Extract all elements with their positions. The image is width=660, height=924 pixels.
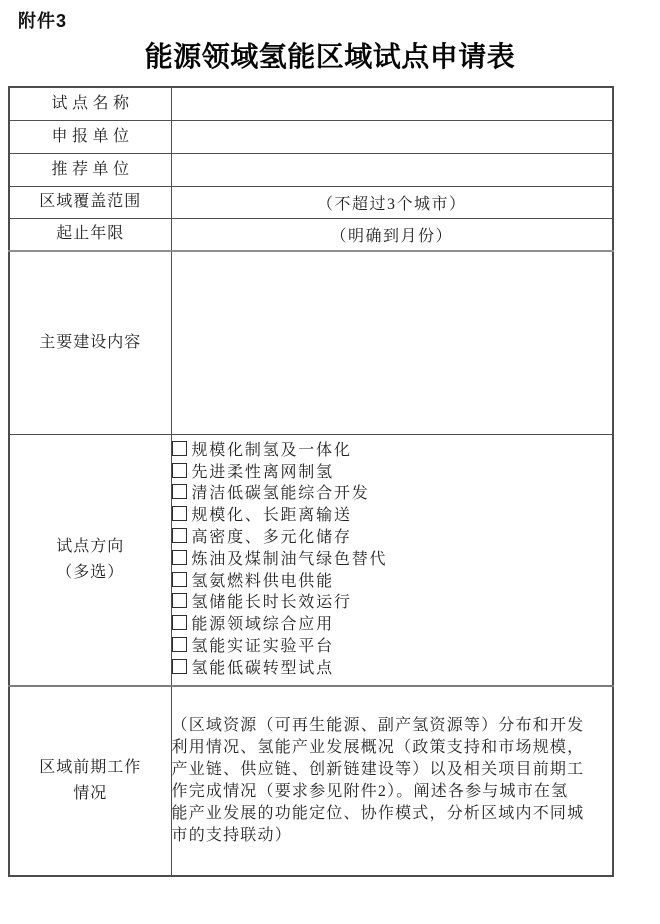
pilot-direction-option[interactable]: 高密度、多元化储存 xyxy=(172,527,613,549)
pilot-direction-option[interactable]: 能源领域综合应用 xyxy=(172,614,613,636)
table-row-time-span: 起止年限 （明确到月份） xyxy=(9,218,613,251)
option-label: 清洁低碳氢能综合开发 xyxy=(192,485,370,502)
cell-applicant-unit-value[interactable] xyxy=(171,120,613,153)
cell-coverage-area-value[interactable]: （不超过3个城市） xyxy=(171,186,613,218)
table-row-pilot-name: 试点名称 xyxy=(9,87,613,120)
pilot-direction-option[interactable]: 规模化、长距离输送 xyxy=(172,505,613,527)
label-text-line1: 试点方向 xyxy=(10,534,171,560)
cell-main-construction-value[interactable] xyxy=(171,251,613,434)
table-row-recommending-unit: 推荐单位 xyxy=(9,153,613,186)
option-label: 高密度、多元化储存 xyxy=(192,529,352,546)
instruction-text-line: 利用情况、氢能产业发展概况（政策支持和市场规模， xyxy=(172,737,613,759)
cell-pilot-directions-options: 规模化制氢及一体化 先进柔性离网制氢 清洁低碳氢能综合开发 规模化、长距离输送 … xyxy=(171,434,613,686)
pilot-direction-option[interactable]: 氢储能长时长效运行 xyxy=(172,592,613,614)
instruction-text-line: 产业链、供应链、创新链建设等）以及相关项目前期工 xyxy=(172,759,613,781)
table-row-coverage-area: 区域覆盖范围 （不超过3个城市） xyxy=(9,186,613,218)
table-row-pilot-directions: 试点方向 （多选） 规模化制氢及一体化 先进柔性离网制氢 清洁低碳氢能综合开发 … xyxy=(9,434,613,686)
option-label: 规模化制氢及一体化 xyxy=(192,442,352,459)
instruction-text-line: （区域资源（可再生能源、副产氢资源等）分布和开发 xyxy=(172,715,613,737)
label-main-construction: 主要建设内容 xyxy=(9,251,171,434)
checkbox-icon[interactable] xyxy=(172,506,187,521)
option-label: 炼油及煤制油气绿色替代 xyxy=(192,551,388,568)
table-row-main-construction: 主要建设内容 xyxy=(9,251,613,434)
page-title: 能源领域氢能区域试点申请表 xyxy=(0,40,660,76)
label-time-span: 起止年限 xyxy=(9,218,171,251)
pilot-direction-option[interactable]: 氢能实证实验平台 xyxy=(172,636,613,658)
label-pilot-name: 试点名称 xyxy=(9,87,171,120)
label-coverage-area: 区域覆盖范围 xyxy=(9,186,171,218)
cell-time-span-value[interactable]: （明确到月份） xyxy=(171,218,613,251)
option-label: 先进柔性离网制氢 xyxy=(192,464,334,481)
label-text: 起止年限 xyxy=(56,225,124,242)
option-label: 氢储能长时长效运行 xyxy=(192,594,352,611)
label-text: 主要建设内容 xyxy=(39,334,141,351)
pilot-direction-option[interactable]: 炼油及煤制油气绿色替代 xyxy=(172,549,613,571)
cell-pilot-name-value[interactable] xyxy=(171,87,613,120)
label-text-line2: （多选） xyxy=(10,560,171,586)
checkbox-icon[interactable] xyxy=(172,572,187,587)
option-label: 氢能实证实验平台 xyxy=(192,638,334,655)
checkbox-icon[interactable] xyxy=(172,550,187,565)
table-row-applicant-unit: 申报单位 xyxy=(9,120,613,153)
instruction-text-line: 市的支持联动） xyxy=(172,825,613,847)
checkbox-icon[interactable] xyxy=(172,637,187,652)
checkbox-icon[interactable] xyxy=(172,615,187,630)
checkbox-icon[interactable] xyxy=(172,593,187,608)
application-form-table: 试点名称 申报单位 推荐单位 区域覆盖范围 （不超过3个城市） 起止年限 （明确… xyxy=(8,86,614,877)
instruction-text-line: 能产业发展的功能定位、协作模式，分析区域内不同城 xyxy=(172,803,613,825)
option-label: 规模化、长距离输送 xyxy=(192,507,352,524)
label-text: 区域覆盖范围 xyxy=(39,193,141,210)
checkbox-icon[interactable] xyxy=(172,528,187,543)
table-row-preliminary-work: 区域前期工作 情况 （区域资源（可再生能源、副产氢资源等）分布和开发 利用情况、… xyxy=(9,686,613,876)
pilot-direction-option[interactable]: 清洁低碳氢能综合开发 xyxy=(172,483,613,505)
document-page: 附件3 能源领域氢能区域试点申请表 试点名称 申报单位 推荐单位 区域覆盖范围 … xyxy=(0,0,660,924)
label-text: 试点名称 xyxy=(51,95,133,112)
cell-preliminary-work-value[interactable]: （区域资源（可再生能源、副产氢资源等）分布和开发 利用情况、氢能产业发展概况（政… xyxy=(171,686,613,876)
label-text-line1: 区域前期工作 xyxy=(10,755,171,781)
option-label: 氢能低碳转型试点 xyxy=(192,660,334,677)
instruction-text-line: 作完成情况（要求参见附件2）。阐述各参与城市在氢 xyxy=(172,781,613,803)
pilot-direction-option[interactable]: 氢能低碳转型试点 xyxy=(172,658,613,680)
checkbox-icon[interactable] xyxy=(172,659,187,674)
pilot-direction-option[interactable]: 先进柔性离网制氢 xyxy=(172,462,613,484)
label-recommending-unit: 推荐单位 xyxy=(9,153,171,186)
cell-recommending-unit-value[interactable] xyxy=(171,153,613,186)
label-text: 推荐单位 xyxy=(51,161,133,178)
label-text-line2: 情况 xyxy=(10,781,171,807)
checkbox-icon[interactable] xyxy=(172,441,187,456)
pilot-direction-option[interactable]: 氢氨燃料供电供能 xyxy=(172,571,613,593)
attachment-label: 附件3 xyxy=(18,9,67,33)
label-text: 申报单位 xyxy=(51,128,133,145)
pilot-direction-option[interactable]: 规模化制氢及一体化 xyxy=(172,440,613,462)
checkbox-icon[interactable] xyxy=(172,484,187,499)
option-label: 氢氨燃料供电供能 xyxy=(192,573,334,590)
label-preliminary-work: 区域前期工作 情况 xyxy=(9,686,171,876)
label-pilot-directions: 试点方向 （多选） xyxy=(9,434,171,686)
label-applicant-unit: 申报单位 xyxy=(9,120,171,153)
checkbox-icon[interactable] xyxy=(172,463,187,478)
option-label: 能源领域综合应用 xyxy=(192,616,334,633)
